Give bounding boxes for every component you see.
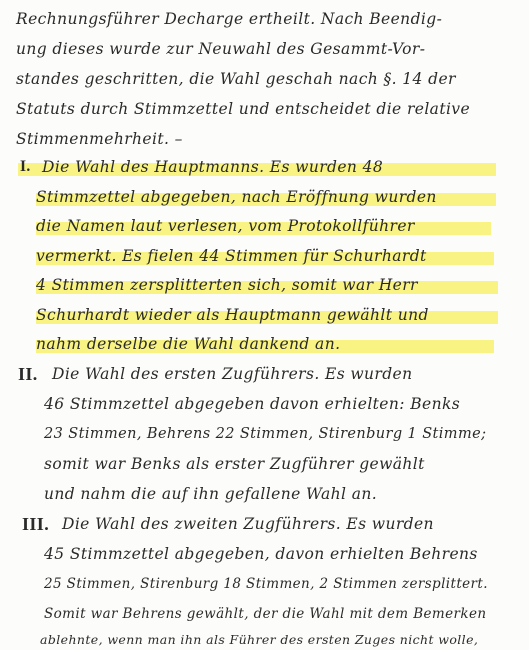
section-line: Die Wahl des ersten Zugführers. Es wurde… <box>52 364 413 384</box>
section-numeral: II. <box>18 364 38 384</box>
section-numeral: III. <box>22 514 49 534</box>
intro-line: Rechnungsführer Decharge ertheilt. Nach … <box>16 9 442 29</box>
section-line: die Namen laut verlesen, vom Protokollfü… <box>36 216 415 236</box>
section-line: Schurhardt wieder als Hauptmann gewählt … <box>36 305 429 325</box>
section-line: somit war Benks als erster Zugführer gew… <box>44 454 425 474</box>
handwritten-page: Rechnungsführer Decharge ertheilt. Nach … <box>0 0 529 650</box>
section-line: und nahm die auf ihn gefallene Wahl an. <box>44 484 377 504</box>
section-line: 45 Stimmzettel abgegeben, davon erhielte… <box>44 544 478 564</box>
section-line: 4 Stimmen zersplitterten sich, somit war… <box>36 275 418 295</box>
intro-line: ung dieses wurde zur Neuwahl des Gesammt… <box>16 39 425 59</box>
section-line: Stimmzettel abgegeben, nach Eröffnung wu… <box>36 187 437 207</box>
section-line: 25 Stimmen, Stirenburg 18 Stimmen, 2 Sti… <box>44 574 488 594</box>
section-line: Die Wahl des zweiten Zugführers. Es wurd… <box>62 514 434 534</box>
section-line: 23 Stimmen, Behrens 22 Stimmen, Stirenbu… <box>44 424 486 444</box>
section-line: nahm derselbe die Wahl dankend an. <box>36 334 340 354</box>
section-line: Somit war Behrens gewählt, der die Wahl … <box>44 604 486 624</box>
intro-line: Stimmenmehrheit. – <box>16 129 183 149</box>
section-line: Die Wahl des Hauptmanns. Es wurden 48 <box>42 157 383 177</box>
section-line: ablehnte, wenn man ihn als Führer des er… <box>40 630 478 650</box>
section-line: 46 Stimmzettel abgegeben davon erhielten… <box>44 394 460 414</box>
section-numeral: I. <box>20 157 31 177</box>
intro-line: standes geschritten, die Wahl geschah na… <box>16 69 456 89</box>
section-line: vermerkt. Es fielen 44 Stimmen für Schur… <box>36 246 427 266</box>
intro-line: Statuts durch Stimmzettel und entscheide… <box>16 99 470 119</box>
